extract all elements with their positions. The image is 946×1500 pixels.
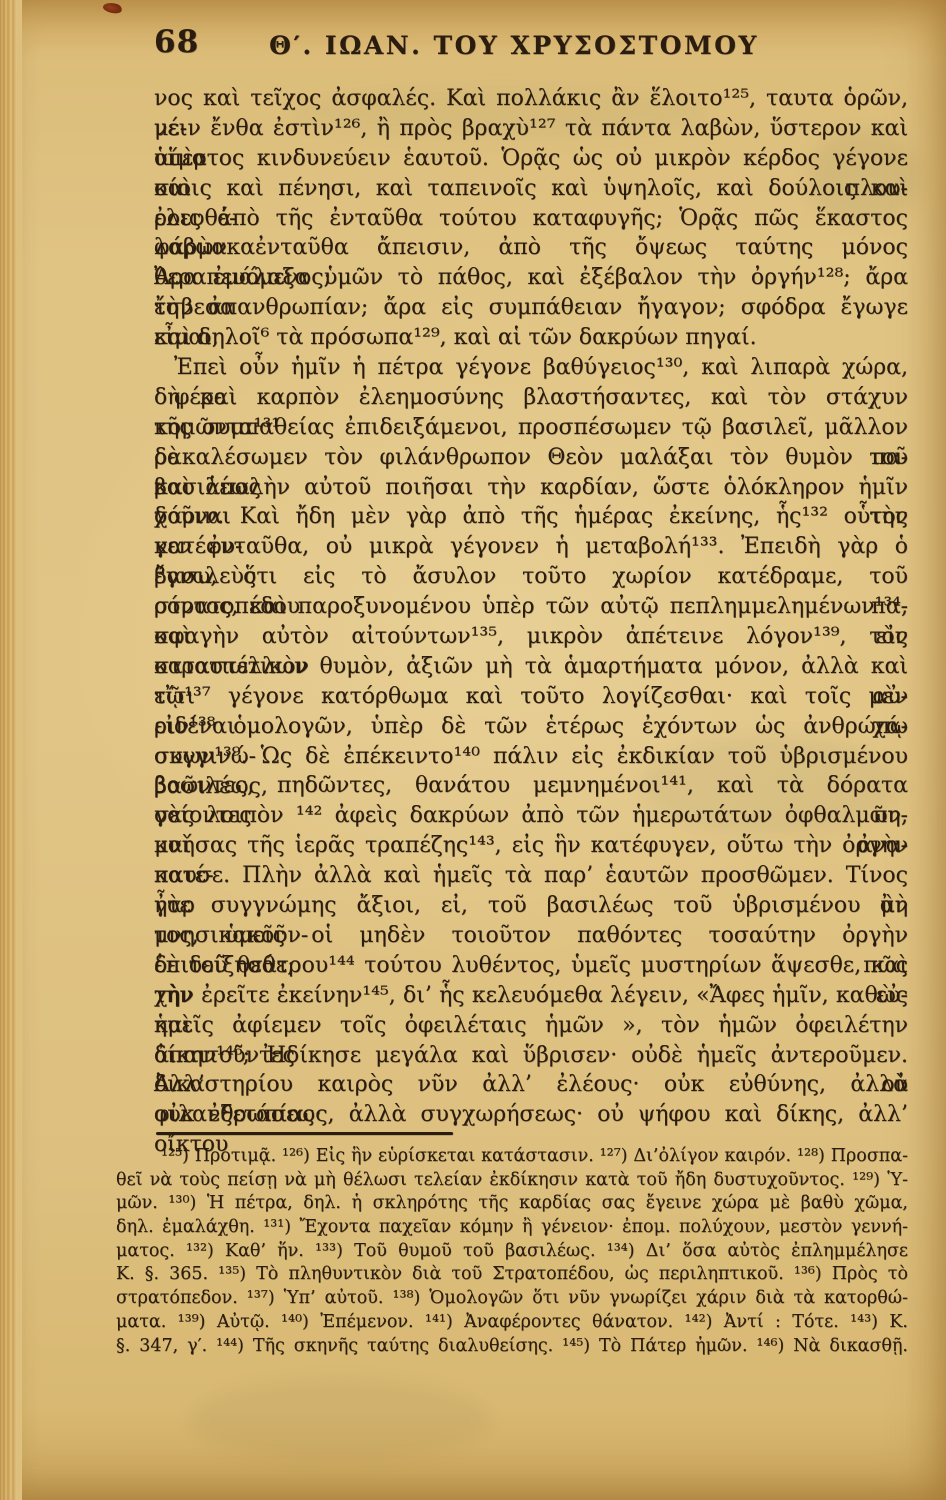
footnote-line: ¹²⁵) Προτιμᾷ. ¹²⁶) Εἰς ἣν εὑρίσκεται κατ… bbox=[116, 1145, 908, 1169]
ink-blot bbox=[102, 1, 123, 15]
text-line: οὐκ ἐξετάσεως, ἀλλὰ συγχωρήσεως· οὐ ψήφο… bbox=[154, 1100, 908, 1130]
footnote-separator-rule bbox=[156, 1132, 453, 1135]
text-line: βοῶντες, πηδῶντες, θανάτου μεμνημένοι¹⁴¹… bbox=[154, 771, 908, 801]
text-line: σίοις καὶ πένησι, καὶ ταπεινοῖς καὶ ὑψηλ… bbox=[154, 174, 908, 204]
text-line: δίκην¹⁴⁶; Ἠδίκησε μεγάλα καὶ ὕβρισεν· οὐ… bbox=[154, 1041, 908, 1071]
text-line: χὴν ἐρεῖτε ἐκείνην¹⁴⁵, δι’ ἧς κελευόμεθα… bbox=[154, 981, 908, 1011]
book-binding-edge bbox=[0, 0, 22, 1500]
text-line: ρακαλέσωμεν τὸν φιλάνθρωπον Θεὸν μαλάξαι… bbox=[154, 443, 908, 473]
footnote-line: ματα. ¹³⁹) Αὐτῷ. ¹⁴⁰) Ἐπέμενον. ¹⁴¹) Ἀνα… bbox=[116, 1311, 908, 1335]
main-text-block: νος καὶ τεῖχος ἀσφαλές. Καὶ πολλάκις ἂν … bbox=[154, 84, 908, 1130]
text-line: ριν¹³⁸ ὁμολογῶν, ὑπὲρ δὲ τῶν ἑτέρως ἐχόν… bbox=[154, 712, 908, 742]
text-line: τῷ¹³⁷ γέγονε κατόρθωμα καὶ τοῦτο λογίζεσ… bbox=[154, 682, 908, 712]
text-line: καὶ δηλοῖ⁶ τὰ πρόσωπα¹²⁹, καὶ αἱ τῶν δακ… bbox=[154, 323, 908, 353]
footnote-line: ματος. ¹³²) Καθ’ ἥν. ¹³³) Τοῦ θυμοῦ τοῦ … bbox=[116, 1240, 908, 1264]
paper-smudge bbox=[190, 1380, 490, 1460]
text-line: ἡμεῖς ἀφίεμεν τοῖς ὀφειλέταις ἡμῶν », τὸ… bbox=[154, 1011, 908, 1041]
text-line: τος, ὑμεῖς οἱ μηδὲν τοιοῦτον παθόντες το… bbox=[154, 921, 908, 951]
text-line: μνήσας τῆς ἱερᾶς τραπέζης¹⁴³, εἰς ἣν κατ… bbox=[154, 831, 908, 861]
text-line: δὲ τοῦ θεάτρου¹⁴⁴ τούτου λυθέντος, ὑμεῖς… bbox=[154, 951, 908, 981]
footnotes-block: ¹²⁵) Προτιμᾷ. ¹²⁶) Εἰς ἣν εὑρίσκεται κατ… bbox=[116, 1145, 908, 1358]
footnote-line: θεῖ νὰ τοὺς πείσῃ νὰ μὴ θέλωσι τελείαν ἐ… bbox=[116, 1169, 908, 1193]
text-line: ἔγνω, ὅτι εἰς τὸ ἄσυλον τοῦτο χωρίον κατ… bbox=[154, 562, 908, 592]
footnote-line: δηλ. ἐμαλάχθη. ¹³¹) Ἔχοντα παχεῖαν κόμην… bbox=[116, 1216, 908, 1240]
text-line: Ἐπεὶ οὖν ἡμῖν ἡ πέτρα γέγονε βαθύγειος¹³… bbox=[154, 353, 908, 383]
footnote-line: μῶν. ¹³⁰) Ἡ πέτρα, δηλ. ἡ σκληρότης τῆς … bbox=[116, 1192, 908, 1216]
text-line: γὰς λοιπὸν ¹⁴² ἀφεὶς δακρύων ἀπὸ τῶν ἡμε… bbox=[154, 801, 908, 831]
text-line: τὴν ἀπανθρωπίαν; ἄρα εἰς συμπάθειαν ἤγαγ… bbox=[154, 293, 908, 323]
text-line: παυσε. Πλὴν ἀλλὰ καὶ ἡμεῖς τὰ παρ’ ἑαυτῶ… bbox=[154, 861, 908, 891]
text-line: σφαγὴν αὐτὸν αἰτούντων¹³⁵, μικρὸν ἀπέτει… bbox=[154, 622, 908, 652]
text-line: σκων¹³⁹. Ὡς δὲ ἐπέκειντο¹⁴⁰ πάλιν εἰς ἐκ… bbox=[154, 742, 908, 772]
text-line: δὴ καὶ καρπὸν ἐλεημοσύνης βλαστήσαντες, … bbox=[154, 383, 908, 413]
text-line: καταστέλλων θυμὸν, ἀξιῶν μὴ τὰ ἁμαρτήματ… bbox=[154, 652, 908, 682]
footnote-line: Κ. §. 365. ¹³⁵) Τὸ πληθυντικὸν διὰ τοῦ Σ… bbox=[116, 1263, 908, 1287]
footnote-line: §. 347, γ′. ¹⁴⁴) Τῆς σκηνῆς ταύτης διαλυ… bbox=[116, 1335, 908, 1359]
text-line: καὶ ἁπαλὴν αὐτοῦ ποιῆσαι τὴν καρδίαν, ὥσ… bbox=[154, 473, 908, 503]
text-line: αἵματος κινδυνεύειν ἑαυτοῦ. Ὁρᾷς ὡς οὐ μ… bbox=[154, 144, 908, 174]
text-line: ἦτε συγγνώμης ἄξιοι, εἰ, τοῦ βασιλέως το… bbox=[154, 891, 908, 921]
running-header-title: Θ′. ΙΩΑΝ. ΤΟΥ ΧΡΥΣΟΣΤΟΜΟΥ bbox=[154, 31, 874, 60]
text-line: δικαστηρίου καιρὸς νῦν ἀλλ’ ἐλέους· οὐκ … bbox=[154, 1070, 908, 1100]
text-line: γεν ἐνταῦθα, οὐ μικρὰ γέγονεν ἡ μεταβολή… bbox=[154, 532, 908, 562]
text-line: νος καὶ τεῖχος ἀσφαλές. Καὶ πολλάκις ἂν … bbox=[154, 84, 908, 114]
text-line: ροις ἀπὸ τῆς ἐνταῦθα τούτου καταφυγῆς; Ὁ… bbox=[154, 204, 908, 234]
text-line: Ἄρα ἐμάλαξα ὑμῶν τὸ πάθος, καὶ ἐξέβαλον … bbox=[154, 263, 908, 293]
text-line: νειν ἔνθα ἐστὶν¹²⁶, ἢ πρὸς βραχὺ¹²⁷ τὰ π… bbox=[154, 114, 908, 144]
footnote-line: στρατόπεδον. ¹³⁷) Ὑπ’ αὐτοῦ. ¹³⁸) Ὁμολογ… bbox=[116, 1287, 908, 1311]
text-line: τῆς συμπαθείας ἐπιδειξάμενοι, προσπέσωμε… bbox=[154, 413, 908, 443]
text-line: χάριν. Καὶ ἤδη μὲν γὰρ ἀπὸ τῆς ἡμέρας ἐκ… bbox=[154, 502, 908, 532]
book-page-scan: 68 Θ′. ΙΩΑΝ. ΤΟΥ ΧΡΥΣΟΣΤΟΜΟΥ νος καὶ τεῖ… bbox=[0, 0, 946, 1500]
text-line: ρόντος, καὶ παροξυνομένου ὑπὲρ τῶν αὐτῷ … bbox=[154, 592, 908, 622]
text-line: λαβὼν ἐνταῦθα ἄπεισιν, ἀπὸ τῆς ὄψεως ταύ… bbox=[154, 233, 908, 263]
